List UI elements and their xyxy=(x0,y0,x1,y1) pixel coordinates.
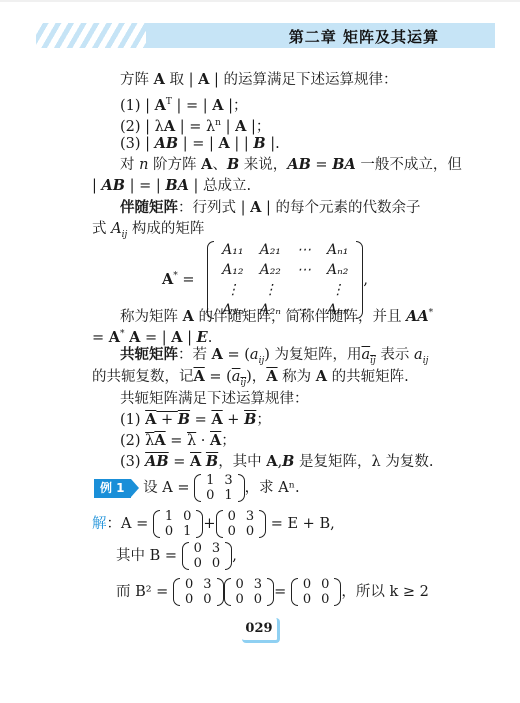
conjugate-intro: 共轭矩阵满足下述运算规律： xyxy=(120,389,309,409)
conjugate-term: 共轭矩阵 xyxy=(120,347,178,363)
det-rule-3: (3) | AB | = | A | | B |. xyxy=(120,134,280,154)
matrix-E: 10 01 xyxy=(153,509,204,539)
example-badge: 例 1 xyxy=(94,479,131,498)
matrix-B-right: 03 00 xyxy=(224,577,275,607)
matrix-B-def: 03 00 xyxy=(182,541,233,571)
conj-rule-2: (2) λA = λ · A； xyxy=(120,431,236,451)
top-edge xyxy=(0,0,520,2)
matrix-zero: 00 00 xyxy=(291,577,342,607)
commute-line-2: | AB | = | BA | 总成立. xyxy=(92,176,251,196)
solution-line-3: 而 B² = 03 00 03 00 = 00 00 ，所以 k ≥ 2 xyxy=(116,574,429,610)
solution-line-1: 解：A = 10 01 + 03 00 = E + B, xyxy=(92,506,335,542)
conj-rule-3: (3) AB = A B，其中 A,B 是复矩阵，λ 为复数. xyxy=(120,452,433,472)
matrix-A: 13 01 xyxy=(194,473,245,503)
chapter-header: 第二章 矩阵及其运算 xyxy=(36,23,495,48)
header-stripes-decoration xyxy=(36,23,146,48)
conj-rule-1: (1) A + B = A + B； xyxy=(120,410,271,430)
matrix-B-left: 03 00 xyxy=(173,577,224,607)
solution-label: 解 xyxy=(92,516,107,532)
intro-text: 方阵 A 取 | A | 的运算满足下述运算规律： xyxy=(120,70,397,90)
matrix-B: 03 00 xyxy=(216,509,267,539)
adjoint-term: 伴随矩阵 xyxy=(120,200,178,216)
solution-line-2: 其中 B = 03 00 , xyxy=(116,538,237,574)
commute-line-1: 对 n 阶方阵 A、B 来说，AB = BA 一般不成立，但 xyxy=(120,155,462,175)
chapter-title: 第二章 矩阵及其运算 xyxy=(289,26,439,47)
page-number: 029 xyxy=(238,620,280,640)
adjoint-definition-line-1: 伴随矩阵：行列式 | A | 的每个元素的代数余子 xyxy=(120,198,420,218)
example-1-prompt: 例 1 设 A = 13 01 ，求 Aⁿ. xyxy=(94,470,300,506)
